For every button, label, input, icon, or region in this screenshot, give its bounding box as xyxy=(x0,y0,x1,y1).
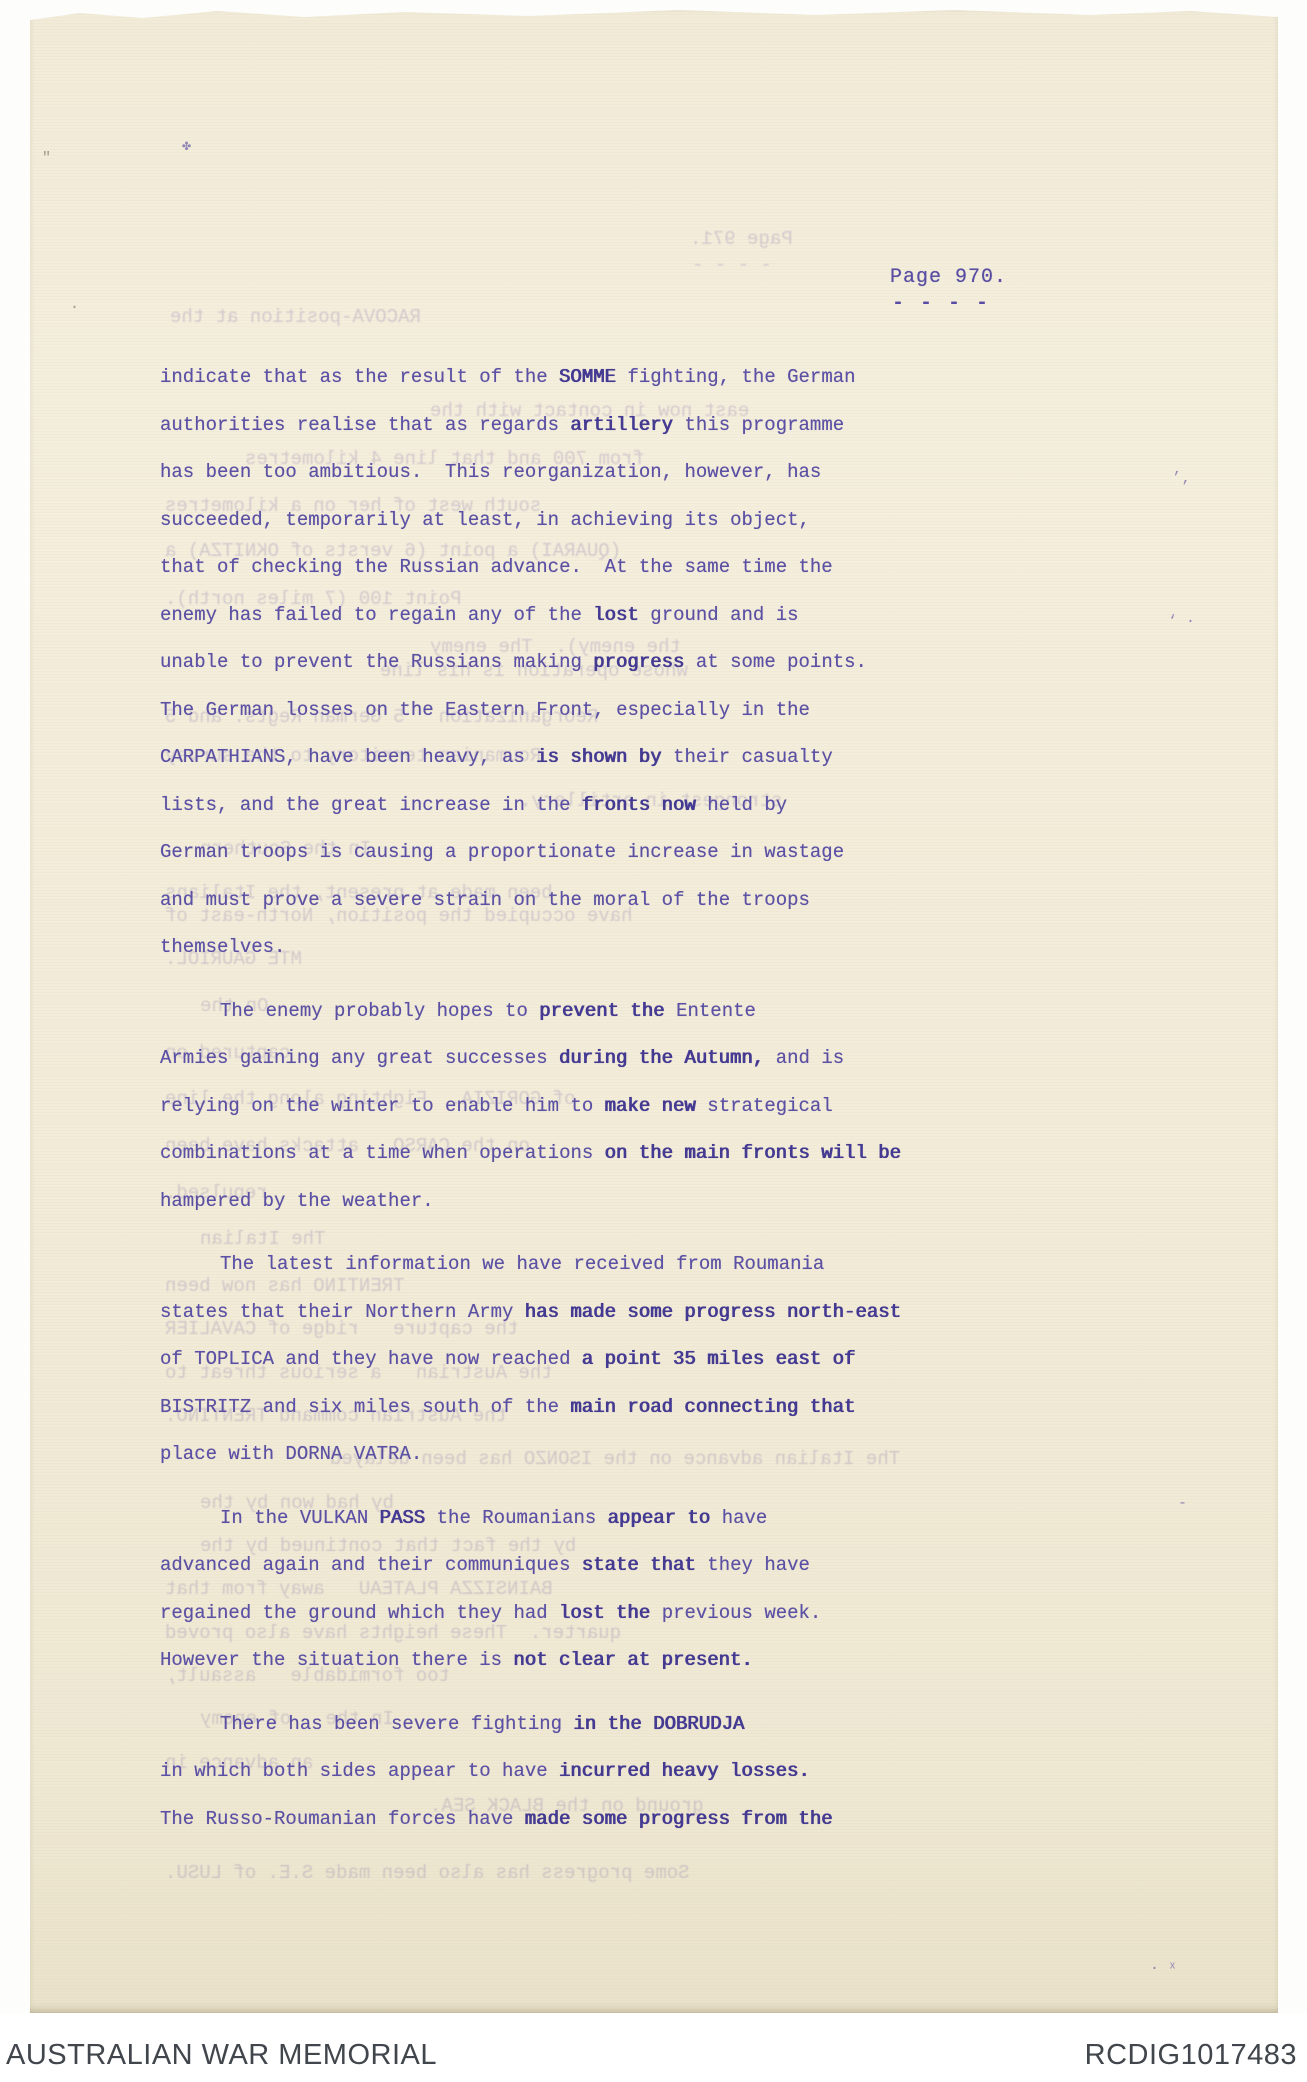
typed-line: regained the ground which they had lost … xyxy=(160,1590,960,1638)
typed-line: There has been severe fighting in the DO… xyxy=(160,1701,960,1749)
typed-segment: authorities realise that as regards xyxy=(160,414,570,436)
typed-segment: main road connecting that xyxy=(570,1396,855,1418)
typed-line: has been too ambitious. This reorganizat… xyxy=(160,449,960,497)
typed-segment: lists, and the great increase in the xyxy=(160,794,582,816)
typed-line: advanced again and their communiques sta… xyxy=(160,1542,960,1590)
scan-footer: AUSTRALIAN WAR MEMORIAL RCDIG1017483 xyxy=(0,2013,1307,2082)
typed-line: themselves. xyxy=(160,924,960,972)
typed-segment: at some points. xyxy=(685,651,867,673)
typed-segment: enemy has failed to regain any of the xyxy=(160,604,593,626)
stray-mark: · ˣ xyxy=(1150,1960,1177,1977)
typed-segment: relying on the winter to enable him to xyxy=(160,1095,605,1117)
typed-segment: The Russo-Roumanian forces have xyxy=(160,1808,525,1830)
typed-segment: strategical xyxy=(696,1095,833,1117)
typed-segment: in the DOBRUDJA xyxy=(573,1713,744,1735)
typed-segment: succeeded, temporarily at least, in achi… xyxy=(160,509,810,531)
typed-line: and must prove a severe strain on the mo… xyxy=(160,877,960,925)
stray-mark: ‘ · xyxy=(1168,613,1195,630)
page-number-underline: - - - - xyxy=(892,292,990,315)
typed-segment: fronts now xyxy=(582,794,696,816)
typed-segment: make new xyxy=(605,1095,696,1117)
typed-segment: SOMME xyxy=(559,366,616,388)
typed-text-block: indicate that as the result of the SOMME… xyxy=(160,354,960,1843)
typed-segment: a point 35 miles east of xyxy=(582,1348,856,1370)
typed-line: place with DORNA VATRA. xyxy=(160,1431,960,1479)
typed-segment: artillery xyxy=(570,414,673,436)
typed-segment: fighting, the German xyxy=(616,366,855,388)
typed-segment: hampered by the weather. xyxy=(160,1190,434,1212)
typed-line: that of checking the Russian advance. At… xyxy=(160,544,960,592)
typed-segment: they have xyxy=(696,1554,810,1576)
typed-segment: CARPATHIANS, have been heavy, as xyxy=(160,746,536,768)
bleed-through-line: - - - - xyxy=(692,254,772,276)
typed-segment: states that their Northern Army xyxy=(160,1301,525,1323)
typed-segment: Armies gaining any great successes xyxy=(160,1047,559,1069)
typed-segment: BISTRITZ and six miles south of the xyxy=(160,1396,570,1418)
typed-line: combinations at a time when operations o… xyxy=(160,1130,960,1178)
typed-segment: themselves. xyxy=(160,936,285,958)
typed-line: CARPATHIANS, have been heavy, as is show… xyxy=(160,734,960,782)
typed-line: hampered by the weather. xyxy=(160,1178,960,1226)
typed-segment: Entente xyxy=(665,1000,756,1022)
typed-segment: state that xyxy=(582,1554,696,1576)
typed-segment: not clear at present. xyxy=(513,1649,752,1671)
paragraph: indicate that as the result of the SOMME… xyxy=(160,354,960,972)
typed-segment: lost xyxy=(593,604,639,626)
typed-line: in which both sides appear to have incur… xyxy=(160,1748,960,1796)
typed-line: BISTRITZ and six miles south of the main… xyxy=(160,1384,960,1432)
typed-segment: place with DORNA VATRA. xyxy=(160,1443,422,1465)
typed-segment: However the situation there is xyxy=(160,1649,513,1671)
archive-name-label: AUSTRALIAN WAR MEMORIAL xyxy=(6,2039,437,2072)
typed-segment: In the VULKAN xyxy=(220,1507,380,1529)
typed-segment: ground and is xyxy=(639,604,799,626)
typed-segment: progress xyxy=(593,651,684,673)
paragraph: There has been severe fighting in the DO… xyxy=(160,1701,960,1844)
typed-segment: in which both sides appear to have xyxy=(160,1760,559,1782)
typed-segment: and is xyxy=(764,1047,844,1069)
typed-segment: PASS xyxy=(380,1507,426,1529)
typed-segment: made some progress from the xyxy=(525,1808,833,1830)
typed-line: German troops is causing a proportionate… xyxy=(160,829,960,877)
typed-segment: has been too ambitious. This reorganizat… xyxy=(160,461,821,483)
paragraph: The enemy probably hopes to prevent the … xyxy=(160,988,960,1226)
typed-line: The enemy probably hopes to prevent the … xyxy=(160,988,960,1036)
typed-segment: German troops is causing a proportionate… xyxy=(160,841,844,863)
typed-line: of TOPLICA and they have now reached a p… xyxy=(160,1336,960,1384)
typed-line: indicate that as the result of the SOMME… xyxy=(160,354,960,402)
typed-line: lists, and the great increase in the fro… xyxy=(160,782,960,830)
typed-segment: appear to xyxy=(608,1507,711,1529)
typed-segment: The latest information we have received … xyxy=(220,1253,824,1275)
typed-segment: on the main fronts will be xyxy=(605,1142,901,1164)
stray-mark: ✤ xyxy=(182,136,191,155)
stray-mark: ’‚ xyxy=(1172,470,1190,487)
typed-segment: prevent the xyxy=(539,1000,664,1022)
typed-segment: combinations at a time when operations xyxy=(160,1142,605,1164)
typed-segment: previous week. xyxy=(650,1602,821,1624)
typed-line: enemy has failed to regain any of the lo… xyxy=(160,592,960,640)
catalog-id-label: RCDIG1017483 xyxy=(1085,2039,1297,2072)
typed-segment: is shown by xyxy=(536,746,661,768)
typed-line: The Russo-Roumanian forces have made som… xyxy=(160,1796,960,1844)
typed-segment: their casualty xyxy=(662,746,833,768)
page-number: Page 970. xyxy=(890,266,1007,289)
paragraph: The latest information we have received … xyxy=(160,1241,960,1479)
stray-mark: - xyxy=(1178,1495,1187,1512)
typed-segment: incurred heavy losses. xyxy=(559,1760,810,1782)
typed-segment: and must prove a severe strain on the mo… xyxy=(160,889,810,911)
stray-mark: . xyxy=(70,296,79,313)
typed-line: Armies gaining any great successes durin… xyxy=(160,1035,960,1083)
typed-line: The latest information we have received … xyxy=(160,1241,960,1289)
typed-segment: has made some progress north-east xyxy=(525,1301,901,1323)
bleed-through-line: Page 971. xyxy=(690,228,793,250)
typed-segment: during the Autumn, xyxy=(559,1047,764,1069)
typed-segment: The German losses on the Eastern Front, … xyxy=(160,699,810,721)
bleed-through-line: Some progress has also been made S.E. of… xyxy=(165,1862,690,1884)
typed-segment: that of checking the Russian advance. At… xyxy=(160,556,833,578)
typed-line: relying on the winter to enable him to m… xyxy=(160,1083,960,1131)
paragraph: In the VULKAN PASS the Roumanians appear… xyxy=(160,1495,960,1685)
typed-segment: advanced again and their communiques xyxy=(160,1554,582,1576)
typed-segment: this programme xyxy=(673,414,844,436)
typed-segment: The enemy probably hopes to xyxy=(220,1000,539,1022)
typed-segment: There has been severe fighting xyxy=(220,1713,573,1735)
typed-line: succeeded, temporarily at least, in achi… xyxy=(160,497,960,545)
typed-segment: regained the ground which they had xyxy=(160,1602,559,1624)
typed-line: However the situation there is not clear… xyxy=(160,1637,960,1685)
typed-line: In the VULKAN PASS the Roumanians appear… xyxy=(160,1495,960,1543)
typed-line: The German losses on the Eastern Front, … xyxy=(160,687,960,735)
bleed-through-line: RACOVA-position at the xyxy=(170,306,421,328)
typed-segment: have xyxy=(710,1507,767,1529)
typed-line: unable to prevent the Russians making pr… xyxy=(160,639,960,687)
typed-segment: held by xyxy=(696,794,787,816)
typed-segment: of TOPLICA and they have now reached xyxy=(160,1348,582,1370)
scanned-document: Page 971.- - - -RACOVA-position at theea… xyxy=(0,0,1307,2082)
typed-segment: indicate that as the result of the xyxy=(160,366,559,388)
stray-mark: ″ xyxy=(42,150,51,167)
typed-line: authorities realise that as regards arti… xyxy=(160,402,960,450)
typed-segment: the Roumanians xyxy=(425,1507,607,1529)
typed-segment: unable to prevent the Russians making xyxy=(160,651,593,673)
typed-segment: lost the xyxy=(559,1602,650,1624)
typed-line: states that their Northern Army has made… xyxy=(160,1289,960,1337)
document-page: Page 971.- - - -RACOVA-position at theea… xyxy=(30,8,1278,2013)
